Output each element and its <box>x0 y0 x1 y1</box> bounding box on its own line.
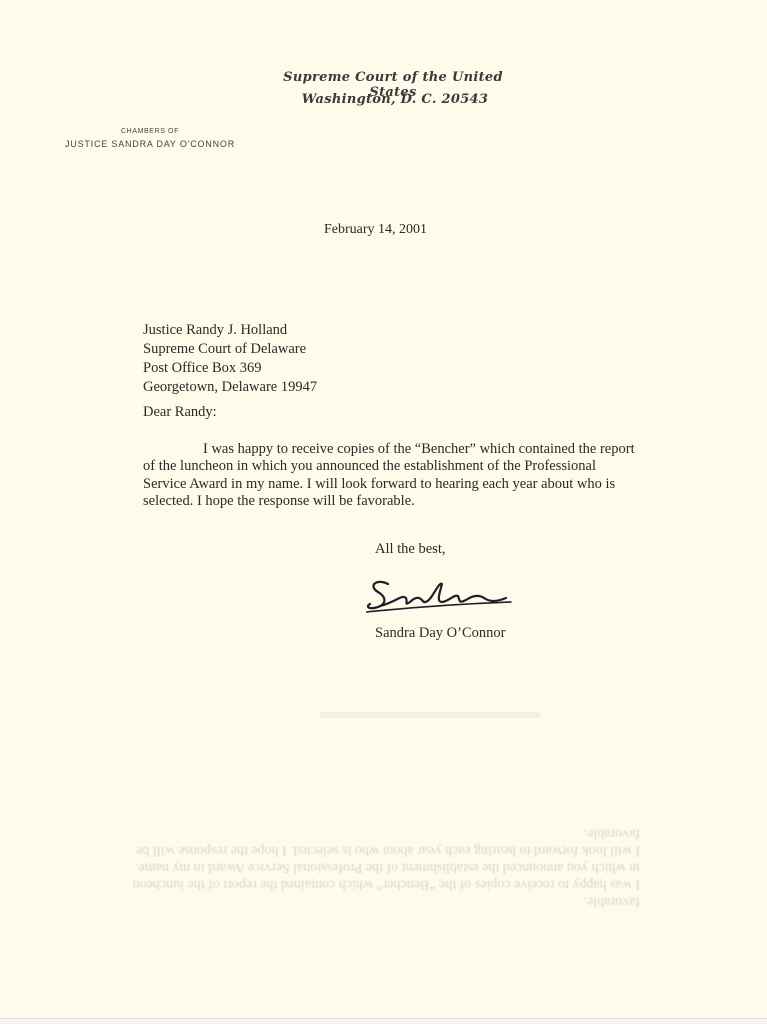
chambers-block: CHAMBERS OF JUSTICE SANDRA DAY O'CONNOR <box>55 128 245 149</box>
recipient-address: Justice Randy J. Holland Supreme Court o… <box>143 321 317 397</box>
letter-date: February 14, 2001 <box>324 222 427 238</box>
bleed-through-body: I was happy to receive copies of the “Be… <box>130 825 640 893</box>
bleed-through-mark <box>320 712 540 718</box>
recipient-line: Post Office Box 369 <box>143 359 317 378</box>
letter-body: I was happy to receive copies of the “Be… <box>143 441 643 510</box>
chambers-label: CHAMBERS OF <box>55 128 245 135</box>
bleed-through-text: favorable. I was happy to receive copies… <box>130 825 640 910</box>
letterhead-address: Washington, D. C. 20543 <box>300 92 490 107</box>
bleed-through-line: favorable. <box>130 893 640 910</box>
handwritten-signature-icon <box>366 572 522 620</box>
page-edge <box>0 1018 767 1024</box>
recipient-line: Justice Randy J. Holland <box>143 321 317 340</box>
salutation: Dear Randy: <box>143 404 217 421</box>
closing: All the best, <box>375 541 445 558</box>
signer-name: Sandra Day O’Connor <box>375 625 505 642</box>
chambers-justice-name: JUSTICE SANDRA DAY O'CONNOR <box>55 139 245 149</box>
recipient-line: Georgetown, Delaware 19947 <box>143 378 317 397</box>
recipient-line: Supreme Court of Delaware <box>143 340 317 359</box>
letter-page: Supreme Court of the United States Washi… <box>0 0 767 1018</box>
